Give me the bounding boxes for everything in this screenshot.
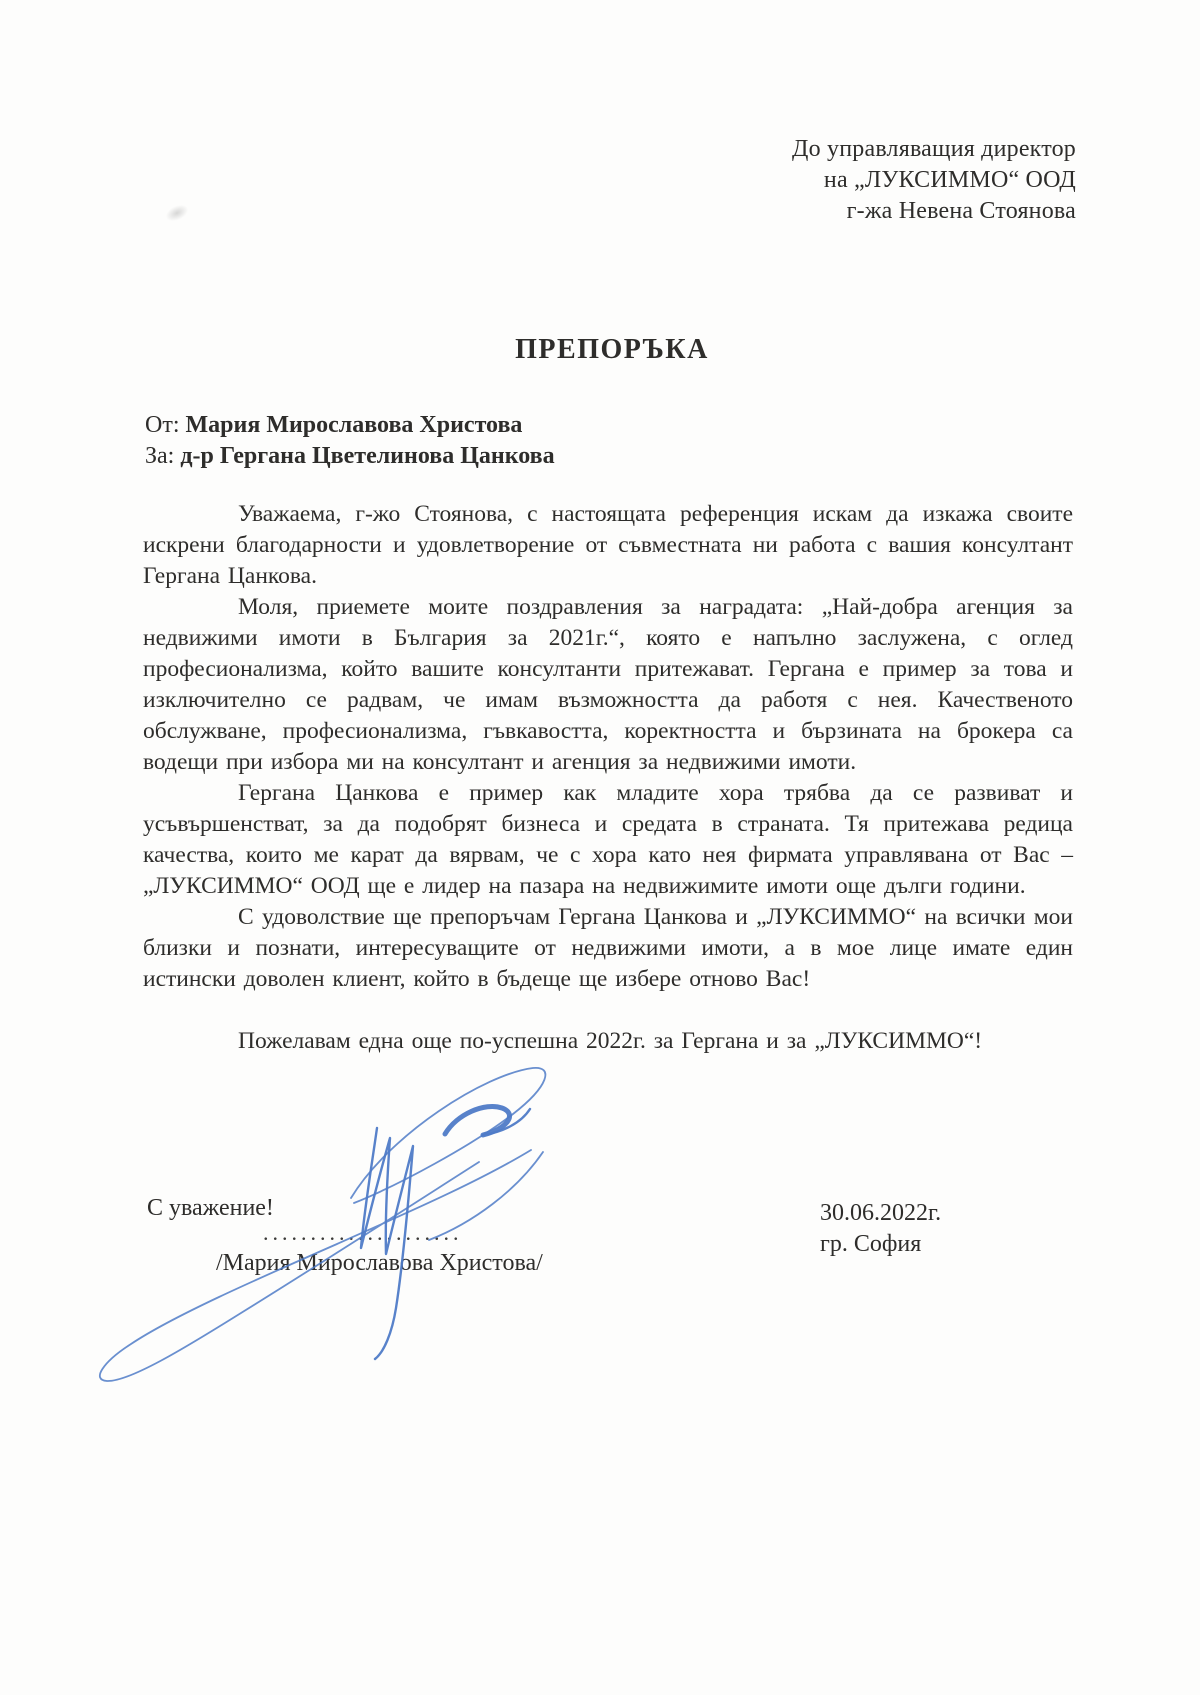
closing-wish: Пожелавам една още по-успешна 2022г. за …	[143, 1026, 1073, 1057]
to-label: За:	[145, 443, 174, 469]
from-name: Мария Мирославова Христова	[186, 412, 523, 438]
paragraph-1: Уважаема, г-жо Стоянова, с настоящата ре…	[143, 499, 1073, 592]
paragraph-2: Моля, приемете моите поздравления за наг…	[143, 592, 1073, 778]
recipient-block: До управляващия директор на „ЛУКСИММО“ О…	[792, 134, 1076, 227]
from-label: От:	[145, 412, 180, 438]
paragraph-4: С удоволствие ще препоръчам Гергана Цанк…	[143, 902, 1073, 995]
signatory-name: /Мария Мирославова Христова/	[216, 1250, 543, 1277]
from-to-block: От: Мария Мирославова Христова За: д-р Г…	[145, 410, 555, 472]
closing-salutation: С уважение!	[147, 1195, 274, 1222]
letter-date: 30.06.2022г.	[820, 1198, 941, 1229]
paragraph-3: Гергана Цанкова е пример как младите хор…	[143, 778, 1073, 902]
recipient-line-company: на „ЛУКСИММО“ ООД	[792, 165, 1076, 196]
letter-body: Уважаема, г-жо Стоянова, с настоящата ре…	[143, 499, 1073, 1057]
to-name: д-р Гергана Цветелинова Цанкова	[180, 443, 554, 469]
to-line: За: д-р Гергана Цветелинова Цанкова	[145, 441, 555, 472]
scan-smudge	[163, 202, 191, 225]
recipient-line-director: До управляващия директор	[792, 134, 1076, 165]
recipient-line-person: г-жа Невена Стоянова	[792, 196, 1076, 227]
letter-title: ПРЕПОРЪКА	[12, 334, 1200, 366]
from-line: От: Мария Мирославова Христова	[145, 410, 555, 441]
handwritten-signature-image	[55, 1002, 575, 1392]
date-place-block: 30.06.2022г. гр. София	[820, 1198, 941, 1260]
letter-page: До управляващия директор на „ЛУКСИММО“ О…	[0, 0, 1200, 1695]
letter-city: гр. София	[820, 1229, 941, 1260]
signature-dotted-line: .....................	[263, 1220, 463, 1246]
